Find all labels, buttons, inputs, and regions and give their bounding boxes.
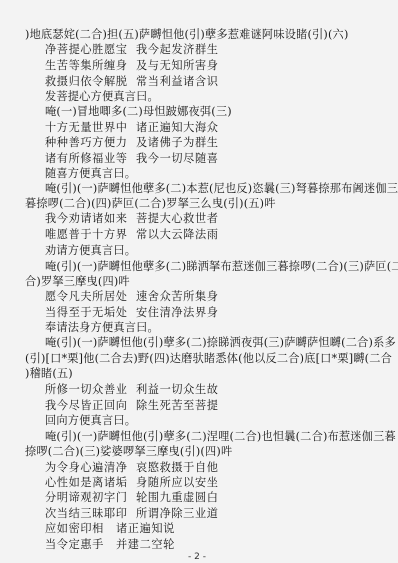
verse-first-half: 心性如是离诸垢 — [45, 476, 136, 490]
verse-line: 心性如是离诸垢身随所应以安坐 — [45, 476, 219, 490]
verse-second-half: 我今一切尽随喜 — [136, 152, 219, 166]
verse-second-half: 除生死苦至菩提 — [136, 399, 219, 413]
verse-second-half: 常以大云降法雨 — [136, 228, 219, 242]
mantra-continuation: 合)罗拏三摩曳(四)吽 — [25, 275, 130, 289]
verse-second-half: 诸正遍知大海众 — [136, 121, 219, 135]
verse-first-half: 十方无量世界中 — [45, 121, 136, 135]
verse-second-half: 常当利益诸含识 — [136, 75, 219, 89]
verse-second-half: 我今起发济群生 — [136, 43, 219, 57]
document-page: )地底瑟姹(二合)担(五)萨嚩怛他(引)孽多惹难谜阿味设睹(引)(六) 净菩提心… — [0, 0, 398, 563]
verse-line: 所修一切众善业利益一切众生故 — [45, 383, 219, 397]
verse-line: 为令身心遍清净哀愍救摄于自他 — [45, 461, 219, 475]
mantra-heading: 随喜方便真言曰。 — [45, 167, 136, 181]
verse-first-half: 我今劝请诸如来 — [45, 212, 136, 226]
verse-line: 愿令凡夫所居处速舍众苦所集身 — [45, 290, 219, 304]
verse-line: 我今尽皆正回向除生死苦至菩提 — [45, 399, 219, 413]
verse-line: 我今劝请诸如来菩提大心救世者 — [45, 212, 219, 226]
verse-line: 次当结三昧耶印所谓净除三业道 — [45, 507, 219, 521]
verse-first-half: 我今尽皆正回向 — [45, 399, 136, 413]
verse-second-half: 利益一切众生故 — [136, 383, 219, 397]
verse-first-half: 生苦等集所缠身 — [45, 59, 136, 73]
verse-line: 生苦等集所缠身及与无知所害身 — [45, 59, 219, 73]
verse-line: 净菩提心胜愿宝我今起发济群生 — [45, 43, 219, 57]
verse-line: 分明谛观初字门轮围九重虚圆白 — [45, 491, 219, 505]
verse-second-half: 及与无知所害身 — [136, 59, 219, 73]
verse-second-half: 诸正遍知说 — [116, 522, 175, 536]
mantra-continuation: 捺啰(二合)(三)娑婆啰拏三摩曳(引)(四)吽 — [25, 445, 232, 459]
mantra-heading: 劝请方便真言曰。 — [45, 244, 136, 258]
mantra-heading: 奉请法身方便真言曰。 — [45, 321, 159, 335]
verse-first-half: 当得至于无垢处 — [45, 306, 136, 320]
mantra-heading: 发菩提心方便真言曰。 — [45, 90, 159, 104]
verse-second-half: 身随所应以安坐 — [136, 476, 219, 490]
verse-first-half: 所修一切众善业 — [45, 383, 136, 397]
mantra-heading: 回向方便真言曰。 — [45, 414, 136, 428]
verse-first-half: 为令身心遍清净 — [45, 461, 136, 475]
verse-first-half: 净菩提心胜愿宝 — [45, 43, 136, 57]
mantra-text: 唵(引)(一)萨嚩怛他孽多(二)睇洒拏布惹迷伽三暮捺啰(二合)(三)萨叵(二 — [45, 260, 398, 274]
mantra-text: 唵(引)(一)萨嚩怛他(引)孽多(二)捺睇洒夜弭(三)萨嚩萨怛嚩(二合)系多 — [45, 336, 396, 350]
verse-first-half: 当令定惠手 — [45, 538, 116, 552]
verse-line: 十方无量世界中诸正遍知大海众 — [45, 121, 219, 135]
verse-first-half: 分明谛观初字门 — [45, 491, 136, 505]
mantra-continuation: 暮捺啰(二合)(四)萨叵(二合)罗拏三么曳(引)(五)吽 — [25, 197, 276, 211]
verse-second-half: 速舍众苦所集身 — [136, 290, 219, 304]
verse-second-half: 并建二空轮 — [116, 538, 175, 552]
verse-line: 救摄归依令解脱常当利益诸含识 — [45, 75, 219, 89]
verse-line: 应如密印相诸正遍知说 — [45, 522, 175, 536]
verse-second-half: 轮围九重虚圆白 — [136, 491, 219, 505]
text-line: )地底瑟姹(二合)担(五)萨嚩怛他(引)孽多惹难谜阿味设睹(引)(六) — [25, 28, 349, 42]
verse-first-half: 次当结三昧耶印 — [45, 507, 136, 521]
mantra-continuation: )稽睹(五) — [25, 367, 73, 381]
verse-line: 种种善巧方便力及诸佛子为群生 — [45, 136, 219, 150]
verse-first-half: 唯愿普于十方界 — [45, 228, 136, 242]
verse-line: 当得至于无垢处安住清净法界身 — [45, 306, 219, 320]
verse-first-half: 救摄归依令解脱 — [45, 75, 136, 89]
mantra-text: 唵(引)(一)萨嚩怛他孽多(二)本惹(尼也反)恣曩(三)弩暮捺那布阇迷伽三 — [45, 182, 398, 196]
verse-first-half: 应如密印相 — [45, 522, 116, 536]
verse-second-half: 所谓净除三业道 — [136, 507, 219, 521]
verse-second-half: 及诸佛子为群生 — [136, 136, 219, 150]
verse-line: 唯愿普于十方界常以大云降法雨 — [45, 228, 219, 242]
verse-first-half: 种种善巧方便力 — [45, 136, 136, 150]
verse-line: 诸有所修福业等我今一切尽随喜 — [45, 152, 219, 166]
mantra-continuation: (引)[口*栗]他(二合去)野(四)达磨驮睹悉体(他以反二合)底[口*栗]嚩(二… — [25, 352, 392, 366]
mantra-text: 唵(引)(一)萨嚩怛他(引)孽多(二)涅哩(二合)也怛曩(二合)布惹迷伽三暮 — [45, 430, 396, 444]
verse-second-half: 哀愍救摄于自他 — [136, 461, 219, 475]
mantra-text: 唵(一)冒地唧多(二)母怛跛娜夜弭(三) — [45, 105, 232, 119]
verse-second-half: 安住清净法界身 — [136, 306, 219, 320]
verse-first-half: 诸有所修福业等 — [45, 152, 136, 166]
verse-first-half: 愿令凡夫所居处 — [45, 290, 136, 304]
verse-line: 当令定惠手并建二空轮 — [45, 538, 175, 552]
page-number: - 2 - — [188, 551, 206, 563]
verse-second-half: 菩提大心救世者 — [136, 212, 219, 226]
